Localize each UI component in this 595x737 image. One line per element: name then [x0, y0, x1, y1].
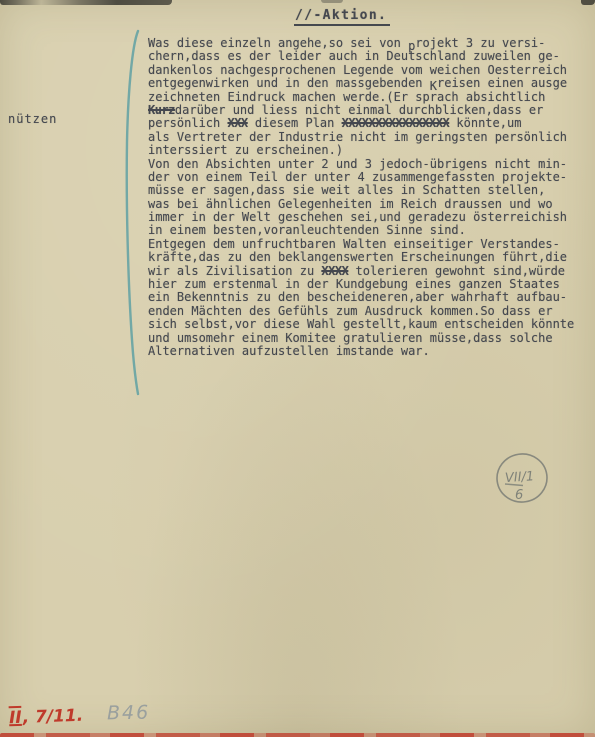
typed-text: sich selbst,vor diese Wahl gestellt,kaum… [148, 317, 574, 331]
typed-text: wir als Zivilisation zu [148, 264, 321, 278]
typed-line: ein Bekenntnis zu den bescheideneren,abe… [148, 291, 592, 304]
typed-text: chern,dass es der leider auch in Deutsch… [148, 49, 560, 63]
typed-text: rojekt 3 zu versi- [415, 36, 545, 50]
typed-text: Von den Absichten unter 2 und 3 jedoch-ü… [148, 157, 567, 171]
typed-line: sich selbst,vor diese Wahl gestellt,kaum… [148, 318, 592, 331]
typed-body-text: Was diese einzeln angehe,so sei von proj… [148, 37, 592, 358]
footer-annotations: II, 7/11. B46 [8, 702, 150, 727]
red-reference-rest: , 7/11. [22, 706, 83, 728]
typed-text: was bei ähnlichen Gelegenheiten im Reich… [148, 197, 553, 211]
overstruck-text: Kurz [148, 103, 175, 117]
typed-line: dankenlos nachgesprochenen Legende vom w… [148, 64, 592, 77]
typed-text: interssiert zu erscheinen.) [148, 143, 343, 157]
typed-text: kräfte,das zu den beklangenswerten Ersch… [148, 250, 567, 264]
typed-line: persönlich XXX diesem Plan XXXXXXXXXXXXX… [148, 117, 592, 130]
typed-line: kräfte,das zu den beklangenswerten Ersch… [148, 251, 592, 264]
margin-note: nützen [8, 112, 57, 126]
red-ink-reference: II, 7/11. [8, 706, 84, 729]
typed-line: interssiert zu erscheinen.) [148, 144, 592, 157]
typed-line: Von den Absichten unter 2 und 3 jedoch-ü… [148, 158, 592, 171]
typed-text: müsse er sagen,dass sie weit alles in Sc… [148, 183, 545, 197]
typed-text: entgegenwirken und in den massgebenden [148, 76, 430, 90]
typed-text: Entgegen dem unfruchtbaren Walten einsei… [148, 237, 560, 251]
red-bottom-edge-line [0, 733, 595, 737]
typed-line: enden Mächten des Gefühls zum Ausdruck k… [148, 305, 592, 318]
typed-line: was bei ähnlichen Gelegenheiten im Reich… [148, 198, 592, 211]
typed-text: zeichneten Eindruck machen werde.(Er spr… [148, 90, 545, 104]
typed-text: als Vertreter der Industrie nicht im ger… [148, 130, 567, 144]
typed-line: als Vertreter der Industrie nicht im ger… [148, 131, 592, 144]
typed-text: persönlich [148, 116, 227, 130]
dropped-character: K [430, 79, 437, 93]
typed-text: Was diese einzeln angehe,so sei von [148, 36, 408, 50]
typed-line: immer in der Welt geschehen sei,und gera… [148, 211, 592, 224]
typed-line: chern,dass es der leider auch in Deutsch… [148, 50, 592, 63]
overstruck-text: XXX [227, 116, 247, 130]
typed-text: dankenlos nachgesprochenen Legende vom w… [148, 63, 567, 77]
typed-text: ein Bekenntnis zu den bescheideneren,abe… [148, 290, 567, 304]
typed-text: in einem besten,voranleuchtenden Sinne s… [148, 223, 466, 237]
typed-text: hier zum erstenmal in der Kundgebung ein… [148, 277, 560, 291]
typed-line: Entgegen dem unfruchtbaren Walten einsei… [148, 238, 592, 251]
typed-line: und umsomehr einem Komitee gratulieren m… [148, 332, 592, 345]
overstruck-text: XXXXXXXXXXXXXXXX [342, 116, 450, 130]
typed-line: entgegenwirken und in den massgebenden K… [148, 77, 592, 90]
typed-line: der von einem Teil der unter 4 zusammeng… [148, 171, 592, 184]
scan-edge-speck [321, 0, 343, 3]
dropped-character: p [408, 39, 415, 53]
typed-line: hier zum erstenmal in der Kundgebung ein… [148, 278, 592, 291]
typed-text: und umsomehr einem Komitee gratulieren m… [148, 331, 553, 345]
typed-line: Alternativen aufzustellen imstande war. [148, 345, 592, 358]
typed-line: zeichneten Eindruck machen werde.(Er spr… [148, 91, 592, 104]
typed-text: enden Mächten des Gefühls zum Ausdruck k… [148, 304, 553, 318]
typed-line: wir als Zivilisation zu XXXX tolerieren … [148, 265, 592, 278]
typed-text: darüber und liess nicht einmal durchblic… [175, 103, 543, 117]
scan-edge-speck [581, 0, 595, 5]
typed-text: immer in der Welt geschehen sei,und gera… [148, 210, 567, 224]
typed-line: Kurzdarüber und liess nicht einmal durch… [148, 104, 592, 117]
document-title: //-Aktion. [294, 8, 390, 26]
typed-line: Was diese einzeln angehe,so sei von proj… [148, 37, 592, 50]
typed-line: müsse er sagen,dass sie weit alles in Sc… [148, 184, 592, 197]
overstruck-text: XXXX [321, 264, 348, 278]
typed-text: der von einem Teil der unter 4 zusammeng… [148, 170, 567, 184]
scan-edge-smudge [0, 0, 172, 5]
typed-text: tolerieren gewohnt sind,würde [348, 264, 565, 278]
typed-text: könnte,um [449, 116, 521, 130]
pencil-code: B46 [107, 702, 151, 725]
typed-text: Alternativen aufzustellen imstande war. [148, 344, 430, 358]
red-roman-numeral: II [8, 708, 23, 728]
typed-text: reisen einen ausge [437, 76, 567, 90]
typed-text: diesem Plan [248, 116, 342, 130]
typed-line: in einem besten,voranleuchtenden Sinne s… [148, 224, 592, 237]
